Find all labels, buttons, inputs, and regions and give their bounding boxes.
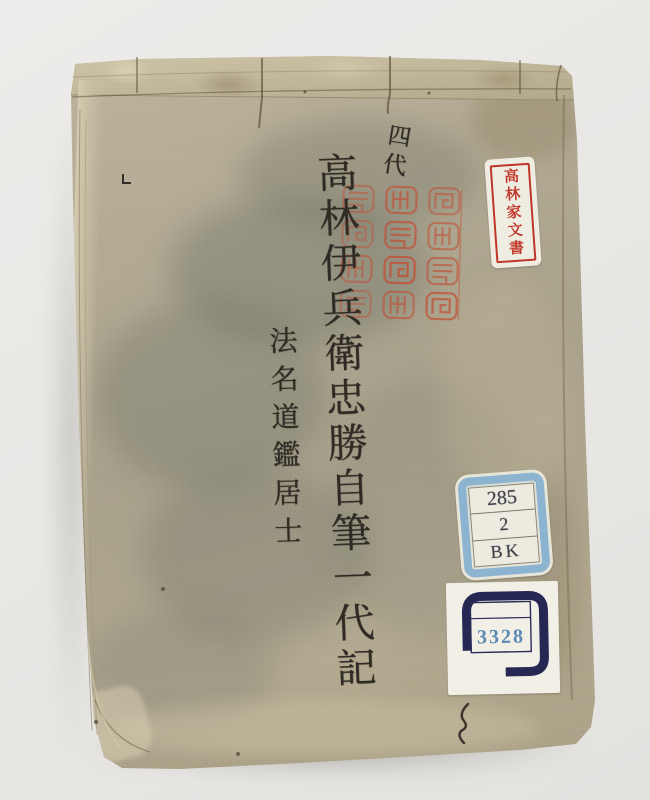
call-number-frame: 285 2 BK (457, 472, 551, 578)
cover-side-text: 法名道鑑居士 (264, 326, 306, 555)
call-number-line-3: BK (473, 535, 539, 566)
accession-label-frame: 3328 (446, 581, 560, 695)
accession-label: 3328 (446, 581, 560, 695)
call-number-label: 285 2 BK (454, 469, 554, 582)
family-label-frame: 高林家文書 (490, 162, 537, 263)
family-document-label: 高林家文書 (484, 156, 541, 268)
call-number-panel: 285 2 BK (468, 483, 540, 568)
accession-number: 3328 (477, 626, 525, 649)
photo-background: 四代 高林伊兵衛忠勝自筆一代記 法名道鑑居士 (0, 0, 650, 800)
family-label-text: 高林家文書 (499, 167, 526, 258)
